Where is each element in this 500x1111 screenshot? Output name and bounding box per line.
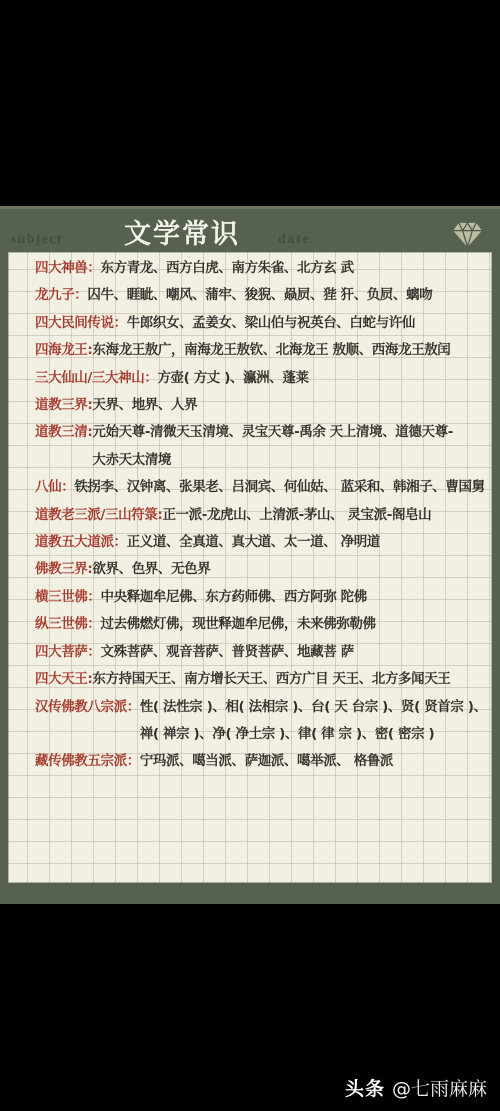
entry-text-line1: 东方青龙、西方白虎、南方朱雀、北方玄 武 xyxy=(101,260,354,276)
entry-text-line1: 性( 法性宗 )、相( 法相宗 )、台( 天 台宗 )、贤( 贤首宗 )、 xyxy=(140,699,487,715)
entry-label: 四大天王: xyxy=(35,666,92,693)
entry-text: 性( 法性宗 )、相( 法相宗 )、台( 天 台宗 )、贤( 贤首宗 )、禅( … xyxy=(140,694,487,749)
entry-text: 东海龙王敖广，南海龙王敖钦、北海龙王 敖顺、西海龙王敖闰 xyxy=(92,337,450,364)
entry-label: 道教老三派/三山符箓: xyxy=(35,502,162,529)
notebook-board: subject 文学常识 date 四大神兽：东方青龙、西方白虎、南方朱雀、北方… xyxy=(0,206,500,904)
entry-label: 四海龙王: xyxy=(35,337,92,364)
entry-row: 道教三界:天界、地界、人界 xyxy=(35,392,487,419)
entry-text-line2: 禅( 禅宗 )、净( 净土宗 )、律( 律 宗 )、密( 密宗 ) xyxy=(140,726,434,742)
entry-text-line1: 文殊菩萨、观音菩萨、普贤菩萨、地藏菩 萨 xyxy=(101,644,354,660)
date-label: date xyxy=(278,231,311,247)
entry-row: 龙九子：囚牛、睚眦、嘲风、蒲牢、狻猊、赑屃、狴 犴、负屃、螭吻 xyxy=(35,282,487,309)
entry-text: 正一派-龙虎山、上清派-茅山、 灵宝派-阁皂山 xyxy=(162,502,431,529)
entry-label: 道教五大道派： xyxy=(35,529,127,556)
notebook-header: subject 文学常识 date xyxy=(0,209,500,252)
entry-text-line2: 大赤天太清境 xyxy=(92,452,171,468)
entry-text: 欲界、色界、无色界 xyxy=(92,556,210,583)
entry-row: 道教五大道派：正义道、全真道、真大道、太一道、 净明道 xyxy=(35,529,487,556)
entry-text-line1: 东海龙王敖广，南海龙王敖钦、北海龙王 敖顺、西海龙王敖闰 xyxy=(92,342,450,358)
entry-row: 四大民间传说：牛郎织女、孟姜女、梁山伯与祝英台、白蛇与许仙 xyxy=(35,310,487,337)
entry-text: 宁玛派、噶当派、萨迦派、噶举派、 格鲁派 xyxy=(140,748,393,775)
entry-text-line1: 宁玛派、噶当派、萨迦派、噶举派、 格鲁派 xyxy=(140,753,393,769)
entry-label: 三大仙山/三大神山： xyxy=(35,365,157,392)
entry-row: 八仙：铁拐李、汉钟离、张果老、吕洞宾、何仙姑、 蓝采和、韩湘子、曹国舅 xyxy=(35,474,487,501)
subject-label: subject xyxy=(11,231,63,247)
entry-label: 汉传佛教八宗派： xyxy=(35,694,140,749)
entry-text: 文殊菩萨、观音菩萨、普贤菩萨、地藏菩 萨 xyxy=(101,639,354,666)
entry-text: 元始天尊-清微天玉清境、灵宝天尊-禹余 天上清境、道德天尊-大赤天太清境 xyxy=(92,419,453,474)
entry-text-line1: 欲界、色界、无色界 xyxy=(92,561,210,577)
entry-text-line1: 东方持国天王、南方增长天王、西方广目 天王、北方多闻天王 xyxy=(92,671,450,687)
entry-row: 纵三世佛：过去佛燃灯佛，现世释迦牟尼佛，未来佛弥勒佛 xyxy=(35,611,487,638)
entry-label: 龙九子： xyxy=(35,282,87,309)
entry-text-line1: 正义道、全真道、真大道、太一道、 净明道 xyxy=(127,534,380,550)
entry-row: 藏传佛教五宗派：宁玛派、噶当派、萨迦派、噶举派、 格鲁派 xyxy=(35,748,487,775)
entry-text-line1: 过去佛燃灯佛，现世释迦牟尼佛，未来佛弥勒佛 xyxy=(101,616,376,632)
entry-text: 中央释迦牟尼佛、东方药师佛、西方阿弥 陀佛 xyxy=(101,584,367,611)
entry-text: 正义道、全真道、真大道、太一道、 净明道 xyxy=(127,529,380,556)
entry-row: 佛教三界:欲界、色界、无色界 xyxy=(35,556,487,583)
entry-label: 四大菩萨： xyxy=(35,639,101,666)
entry-text: 东方持国天王、南方增长天王、西方广目 天王、北方多闻天王 xyxy=(92,666,450,693)
entry-text: 方壶( 方丈 )、瀛洲、蓬莱 xyxy=(157,365,308,392)
top-letterbox-bar xyxy=(0,0,500,206)
entry-label: 道教三界: xyxy=(35,392,92,419)
page-title: 文学常识 xyxy=(124,212,240,251)
entry-row: 四海龙王:东海龙王敖广，南海龙王敖钦、北海龙王 敖顺、西海龙王敖闰 xyxy=(35,337,487,364)
entry-text-line1: 方壶( 方丈 )、瀛洲、蓬莱 xyxy=(157,370,308,386)
entry-row: 道教三清:元始天尊-清微天玉清境、灵宝天尊-禹余 天上清境、道德天尊-大赤天太清… xyxy=(35,419,487,474)
entry-text-line1: 中央释迦牟尼佛、东方药师佛、西方阿弥 陀佛 xyxy=(101,589,367,605)
entries: 四大神兽：东方青龙、西方白虎、南方朱雀、北方玄 武龙九子：囚牛、睚眦、嘲风、蒲牢… xyxy=(8,252,492,776)
entry-text-line1: 铁拐李、汉钟离、张果老、吕洞宾、何仙姑、 蓝采和、韩湘子、曹国舅 xyxy=(74,479,484,495)
entry-text: 东方青龙、西方白虎、南方朱雀、北方玄 武 xyxy=(101,255,354,282)
watermark: 头条 @七雨麻麻 xyxy=(345,1074,487,1101)
entry-text-line1: 元始天尊-清微天玉清境、灵宝天尊-禹余 天上清境、道德天尊- xyxy=(92,424,453,440)
entry-text-line1: 牛郎织女、孟姜女、梁山伯与祝英台、白蛇与许仙 xyxy=(127,315,415,331)
screenshot-frame: subject 文学常识 date 四大神兽：东方青龙、西方白虎、南方朱雀、北方… xyxy=(0,0,500,1111)
entry-text-line1: 囚牛、睚眦、嘲风、蒲牢、狻猊、赑屃、狴 犴、负屃、螭吻 xyxy=(87,287,432,303)
entry-row: 四大菩萨：文殊菩萨、观音菩萨、普贤菩萨、地藏菩 萨 xyxy=(35,639,487,666)
entry-text: 囚牛、睚眦、嘲风、蒲牢、狻猊、赑屃、狴 犴、负屃、螭吻 xyxy=(87,282,432,309)
entry-row: 四大天王:东方持国天王、南方增长天王、西方广目 天王、北方多闻天王 xyxy=(35,666,487,693)
entry-text-line1: 正一派-龙虎山、上清派-茅山、 灵宝派-阁皂山 xyxy=(162,507,431,523)
grid-paper: 四大神兽：东方青龙、西方白虎、南方朱雀、北方玄 武龙九子：囚牛、睚眦、嘲风、蒲牢… xyxy=(8,252,492,883)
entry-row: 汉传佛教八宗派：性( 法性宗 )、相( 法相宗 )、台( 天 台宗 )、贤( 贤… xyxy=(35,694,487,749)
entry-label: 四大民间传说： xyxy=(35,310,127,337)
entry-label: 横三世佛： xyxy=(35,584,101,611)
entry-row: 四大神兽：东方青龙、西方白虎、南方朱雀、北方玄 武 xyxy=(35,255,487,282)
entry-row: 三大仙山/三大神山：方壶( 方丈 )、瀛洲、蓬莱 xyxy=(35,365,487,392)
entry-text-line1: 天界、地界、人界 xyxy=(92,397,197,413)
bottom-letterbox-bar: 头条 @七雨麻麻 xyxy=(0,904,500,1111)
entry-text: 天界、地界、人界 xyxy=(92,392,197,419)
entry-label: 道教三清: xyxy=(35,419,92,474)
entry-text: 牛郎织女、孟姜女、梁山伯与祝英台、白蛇与许仙 xyxy=(127,310,415,337)
entry-label: 佛教三界: xyxy=(35,556,92,583)
entry-row: 道教老三派/三山符箓:正一派-龙虎山、上清派-茅山、 灵宝派-阁皂山 xyxy=(35,502,487,529)
entry-label: 纵三世佛： xyxy=(35,611,101,638)
entry-label: 四大神兽： xyxy=(35,255,101,282)
watermark-handle: @七雨麻麻 xyxy=(392,1074,487,1101)
entry-text: 过去佛燃灯佛，现世释迦牟尼佛，未来佛弥勒佛 xyxy=(101,611,376,638)
entry-text: 铁拐李、汉钟离、张果老、吕洞宾、何仙姑、 蓝采和、韩湘子、曹国舅 xyxy=(74,474,484,501)
entry-label: 藏传佛教五宗派： xyxy=(35,748,140,775)
entry-label: 八仙： xyxy=(35,474,74,501)
watermark-brand: 头条 xyxy=(345,1074,385,1101)
diamond-gem-icon xyxy=(452,220,483,249)
entry-row: 横三世佛：中央释迦牟尼佛、东方药师佛、西方阿弥 陀佛 xyxy=(35,584,487,611)
